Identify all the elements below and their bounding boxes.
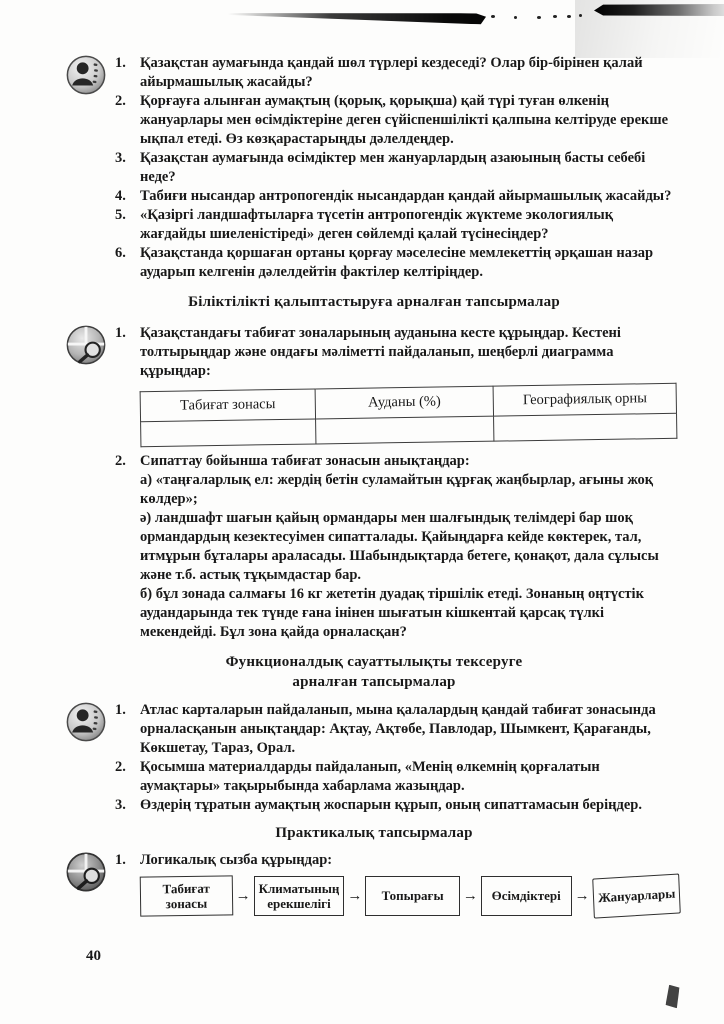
page-number: 40 (86, 948, 101, 965)
scan-artifact-corner-mark (665, 985, 679, 1009)
task-item: 1. Қазақстандағы табиғат зоналарының ауд… (115, 324, 680, 381)
question-number: 1. (115, 54, 140, 92)
scan-artifact-streak (228, 9, 486, 25)
question-item: 5. «Қазіргі ландшафтыларға түсетін антро… (115, 206, 680, 244)
task2-item-a2: ә) ландшафт шағын қайың ормандары мен ша… (140, 509, 680, 585)
question-text: Қорғауға алынған аумақтың (қорық, қорықш… (140, 92, 680, 149)
task-item: 2. Қосымша материалдарды пайдаланып, «Ме… (115, 758, 680, 796)
task-text: Логикалық сызба құрыңдар: (140, 851, 680, 870)
task-text: Қосымша материалдарды пайдаланып, «Менің… (140, 758, 680, 796)
functional-heading-line2: арналған тапсырмалар (68, 672, 680, 692)
flowchart-box-plants: Өсімдіктері (481, 876, 572, 916)
task2-intro: Сипаттау бойынша табиғат зонасын анықтаң… (140, 453, 470, 469)
question-number: 5. (115, 206, 140, 244)
person-discussion-icon (65, 54, 107, 96)
task-text: Қазақстандағы табиғат зоналарының ауданы… (140, 324, 680, 381)
page-content: 1. Қазақстан аумағында қандай шөл түрлер… (68, 54, 680, 916)
practical-section-heading: Практикалық тапсырмалар (68, 823, 680, 843)
functional-section-heading: Функционалдық сауаттылықты тексеруге арн… (68, 652, 680, 692)
task-number: 1. (115, 851, 140, 870)
question-number: 2. (115, 92, 140, 149)
person-discussion-icon (65, 701, 107, 743)
flowchart-box-animals: Жануарлары (592, 873, 681, 918)
question-text: Қазақстан аумағында қандай шөл түрлері к… (140, 54, 680, 92)
pie-magnifier-icon (65, 851, 107, 893)
task-item: 3. Өздерің тұратын аумақтың жоспарын құр… (115, 796, 680, 815)
scan-artifact-dot (491, 15, 495, 18)
pie-magnifier-icon (65, 324, 107, 366)
table-empty-cell (315, 416, 494, 444)
natural-zones-table: Табиғат зонасы Ауданы (%) Географиялық о… (140, 383, 678, 447)
task2-item-b: б) бұл зонада салмағы 16 кг жететін дуад… (140, 585, 680, 642)
task-number: 2. (115, 758, 140, 796)
arrow-right-icon: → (572, 888, 593, 905)
question-number: 4. (115, 187, 140, 206)
scan-artifact-dot (567, 15, 571, 18)
question-item: 4. Табиғи нысандар антропогендік нысанда… (115, 187, 680, 206)
arrow-right-icon: → (460, 888, 481, 905)
question-text: «Қазіргі ландшафтыларға түсетін антропог… (140, 206, 680, 244)
table-empty-cell (141, 419, 316, 447)
question-item: 2. Қорғауға алынған аумақтың (қорық, қор… (115, 92, 680, 149)
task-item: 1. Атлас карталарын пайдаланып, мына қал… (115, 701, 680, 758)
logic-flowchart: Табиғат зонасы → Климатының ерекшелігі →… (140, 876, 680, 916)
scan-artifact-dot (553, 15, 557, 18)
task-text: Атлас карталарын пайдаланып, мына қалала… (140, 701, 680, 758)
functional-section: 1. Атлас карталарын пайдаланып, мына қал… (115, 701, 680, 815)
textbook-page: 1. Қазақстан аумағында қандай шөл түрлер… (0, 0, 724, 1024)
table-empty-cell (494, 413, 677, 441)
table-header-zone: Табиғат зонасы (140, 389, 315, 422)
task-number: 3. (115, 796, 140, 815)
question-number: 3. (115, 149, 140, 187)
question-item: 3. Қазақстан аумағында өсімдіктер мен жа… (115, 149, 680, 187)
questions-section: 1. Қазақстан аумағында қандай шөл түрлер… (115, 54, 680, 282)
scan-artifact-dot (514, 16, 517, 19)
flowchart-box-zone: Табиғат зонасы (140, 875, 233, 916)
arrow-right-icon: → (344, 888, 365, 905)
functional-heading-line1: Функционалдық сауаттылықты тексеруге (68, 652, 680, 672)
task2-item-a: а) «таңғаларлық ел: жердің бетін суламай… (140, 471, 680, 509)
question-item: 1. Қазақстан аумағында қандай шөл түрлер… (115, 54, 680, 92)
flowchart-box-climate: Климатының ерекшелігі (254, 876, 345, 916)
skills-section-heading: Біліктілікті қалыптастыруға арналған тап… (68, 292, 680, 312)
scan-artifact-dot (579, 14, 582, 17)
practical-section: 1. Логикалық сызба құрыңдар: Табиғат зон… (115, 851, 680, 916)
question-number: 6. (115, 244, 140, 282)
question-text: Қазақстан аумағында өсімдіктер мен жануа… (140, 149, 680, 187)
skills-section: 1. Қазақстандағы табиғат зоналарының ауд… (115, 324, 680, 642)
task-item: 1. Логикалық сызба құрыңдар: (115, 851, 680, 870)
table-header-location: Географиялық орны (493, 383, 676, 416)
task-item: 2. Сипаттау бойынша табиғат зонасын анық… (115, 452, 680, 642)
task-number: 1. (115, 324, 140, 381)
task-text: Сипаттау бойынша табиғат зонасын анықтаң… (140, 452, 680, 642)
question-text: Қазақстанда қоршаған ортаны қорғау мәсел… (140, 244, 680, 282)
arrow-right-icon: → (233, 888, 254, 905)
scan-artifact-dot (537, 16, 541, 19)
question-item: 6. Қазақстанда қоршаған ортаны қорғау мә… (115, 244, 680, 282)
task-number: 1. (115, 701, 140, 758)
flowchart-box-soil: Топырағы (365, 876, 459, 916)
task-number: 2. (115, 452, 140, 642)
scan-artifact-streak (594, 4, 724, 17)
table-header-area: Ауданы (%) (315, 386, 494, 419)
question-text: Табиғи нысандар антропогендік нысандарда… (140, 187, 680, 206)
task-text: Өздерің тұратын аумақтың жоспарын құрып,… (140, 796, 680, 815)
